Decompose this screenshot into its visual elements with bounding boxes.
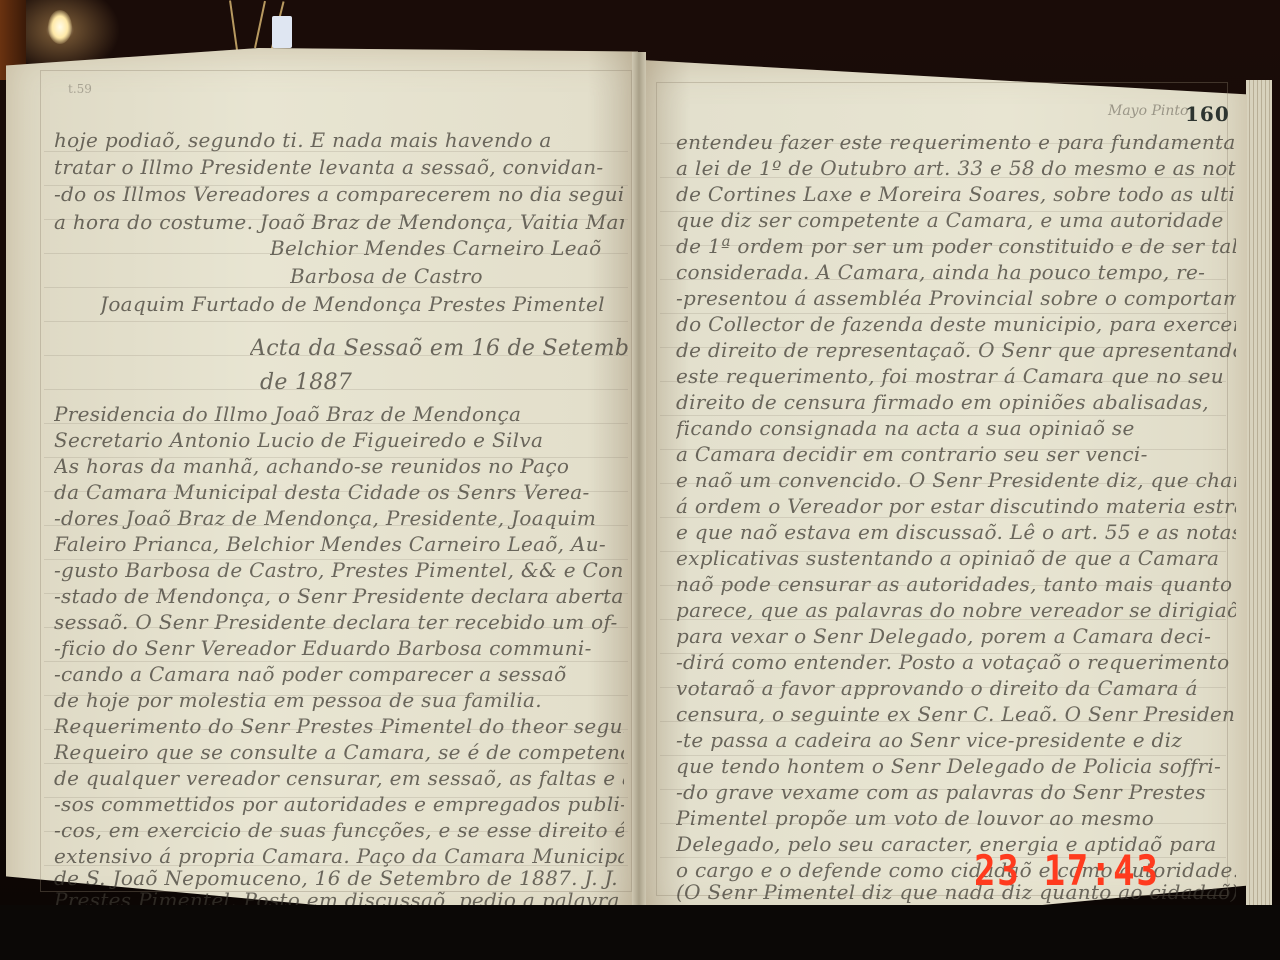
straw-stem <box>254 1 266 48</box>
handwritten-line: e naõ um convencido. O Senr Presidente d… <box>676 468 1236 492</box>
handwritten-line: de S. Joaõ Nepomuceno, 16 de Setembro de… <box>54 866 624 890</box>
page-edge-stack <box>1246 80 1272 905</box>
straw-stem <box>229 0 238 50</box>
handwritten-line: e que naõ estava em discussaõ. Lê o art.… <box>676 520 1236 544</box>
handwritten-line: Pimentel propõe um voto de louvor ao mes… <box>676 806 1236 830</box>
handwritten-line: votaraõ a favor approvando o direito da … <box>676 676 1236 700</box>
signature-line: Joaquim Furtado de Mendonça Prestes Pime… <box>100 292 620 316</box>
handwritten-line: tratar o Illmo Presidente levanta a sess… <box>54 155 624 179</box>
handwritten-line: -cando a Camara naõ poder comparecer a s… <box>54 662 624 686</box>
handwritten-line: hoje podiaõ, segundo ti. E nada mais hav… <box>54 128 624 152</box>
camera-timestamp: 23 17:43 <box>974 846 1160 895</box>
minutes-heading: Acta da Sessaõ em 16 de Setembro <box>250 336 630 361</box>
handwritten-line: -te passa a cadeira ao Senr vice-preside… <box>676 728 1236 752</box>
corner-note: t.59 <box>68 82 92 96</box>
handwritten-line: sessaõ. O Senr Presidente declara ter re… <box>54 610 624 634</box>
page-note: Mayo Pinto <box>1108 103 1188 119</box>
handwritten-line: á ordem o Vereador por estar discutindo … <box>676 494 1236 518</box>
page-number: 160 <box>1185 102 1230 126</box>
handwritten-line: Secretario Antonio Lucio de Figueiredo e… <box>54 428 624 452</box>
handwritten-line: -do os Illmos Vereadores a comparecerem … <box>54 182 624 206</box>
handwritten-line: de qualquer vereador censurar, em sessaõ… <box>54 766 624 790</box>
handwritten-line: que tendo hontem o Senr Delegado de Poli… <box>676 754 1236 778</box>
handwritten-line: As horas da manhã, achando-se reunidos n… <box>54 454 624 478</box>
handwritten-line: que diz ser competente a Camara, e uma a… <box>676 208 1236 232</box>
handwritten-line: Requerimento do Senr Prestes Pimentel do… <box>54 714 624 738</box>
handwritten-line: entendeu fazer este requerimento e para … <box>676 130 1236 154</box>
handwritten-line: explicativas sustentando a opiniaõ de qu… <box>676 546 1236 570</box>
table-surface <box>0 905 1280 960</box>
handwritten-line: direito de censura firmado em opiniões a… <box>676 390 1236 414</box>
handwritten-line: da Camara Municipal desta Cidade os Senr… <box>54 480 624 504</box>
handwritten-line: -ficio do Senr Vereador Eduardo Barbosa … <box>54 636 624 660</box>
handwritten-line: de hoje por molestia em pessoa de sua fa… <box>54 688 624 712</box>
handwritten-line: parece, que as palavras do nobre vereado… <box>676 598 1236 622</box>
handwritten-line: Presidencia do Illmo Joaõ Braz de Mendon… <box>54 402 624 426</box>
handwritten-line: Requeiro que se consulte a Camara, se é … <box>54 740 624 764</box>
handwritten-line: este requerimento, foi mostrar á Camara … <box>676 364 1236 388</box>
handwritten-line: -dirá como entender. Posto a votaçaõ o r… <box>676 650 1236 674</box>
handwritten-line: -sos commettidos por autoridades e empre… <box>54 792 624 816</box>
handwritten-line: de 1ª ordem por ser um poder constituido… <box>676 234 1236 258</box>
paper-card <box>272 16 292 48</box>
handwritten-line: para vexar o Senr Delegado, porem a Cama… <box>676 624 1236 648</box>
light-bulb <box>48 10 72 44</box>
handwritten-line: de direito de representaçaõ. O Senr que … <box>676 338 1236 362</box>
handwritten-line: censura, o seguinte ex Senr C. Leaõ. O S… <box>676 702 1236 726</box>
handwritten-line: -dores Joaõ Braz de Mendonça, Presidente… <box>54 506 624 530</box>
handwritten-line: -do grave vexame com as palavras do Senr… <box>676 780 1236 804</box>
handwritten-line: -cos, em exercicio de suas funcções, e s… <box>54 818 624 842</box>
handwritten-line: de Cortines Laxe e Moreira Soares, sobre… <box>676 182 1236 206</box>
handwritten-line: -presentou á assembléa Provincial sobre … <box>676 286 1236 310</box>
handwritten-line: Faleiro Prianca, Belchior Mendes Carneir… <box>54 532 624 556</box>
minutes-heading-year: de 1887 <box>260 370 460 395</box>
handwritten-line: a hora do costume. Joaõ Braz de Mendonça… <box>54 210 624 234</box>
handwritten-line: -stado de Mendonça, o Senr Presidente de… <box>54 584 624 608</box>
book-gutter <box>632 52 646 922</box>
signature-line: Barbosa de Castro <box>290 264 590 288</box>
handwritten-line: considerada. A Camara, ainda ha pouco te… <box>676 260 1236 284</box>
handwritten-line: do Collector de fazenda deste municipio,… <box>676 312 1236 336</box>
handwritten-line: ficando consignada na acta a sua opiniaõ… <box>676 416 1236 440</box>
signature-line: Belchior Mendes Carneiro Leaõ <box>270 236 610 260</box>
handwritten-line: naõ pode censurar as autoridades, tanto … <box>676 572 1236 596</box>
handwritten-line: a lei de 1º de Outubro art. 33 e 58 do m… <box>676 156 1236 180</box>
handwritten-line: a Camara decidir em contrario seu ser ve… <box>676 442 1236 466</box>
handwritten-line: extensivo á propria Camara. Paço da Cama… <box>54 844 624 868</box>
handwritten-line: -gusto Barbosa de Castro, Prestes Piment… <box>54 558 624 582</box>
